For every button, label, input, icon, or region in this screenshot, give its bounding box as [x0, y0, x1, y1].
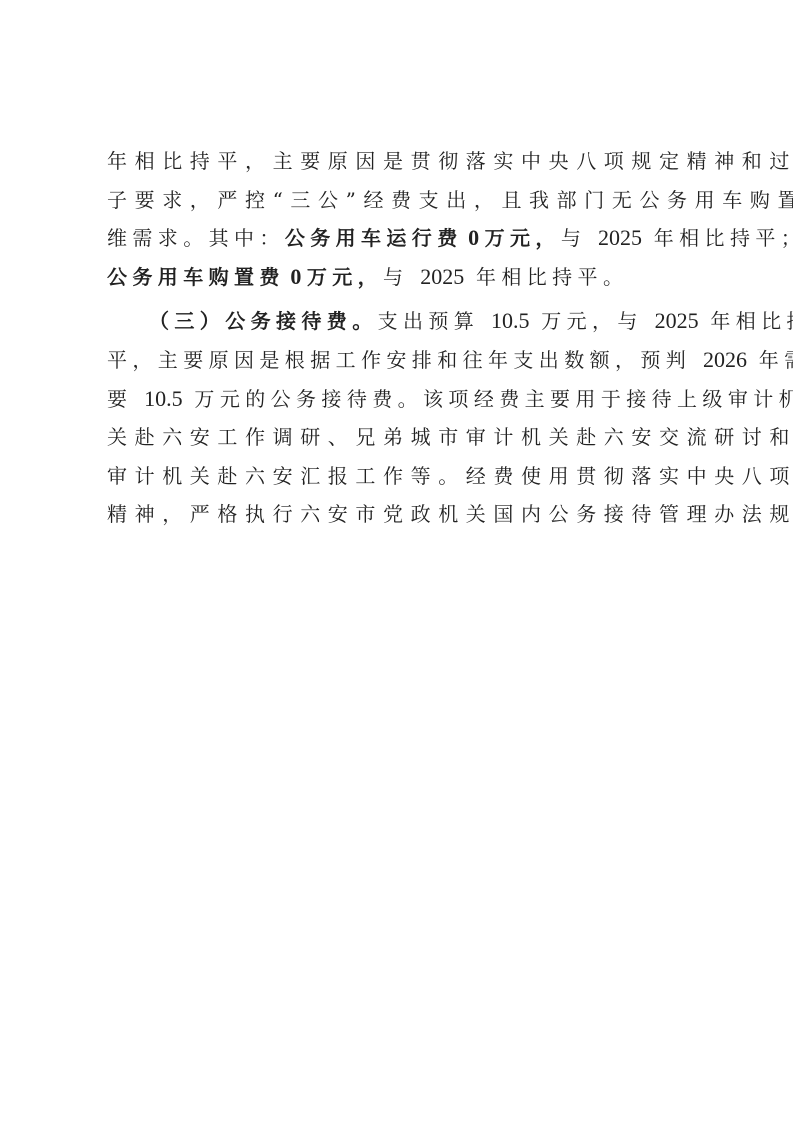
number-text: 2025: [420, 264, 464, 289]
text-run: 年相比持平。: [464, 265, 628, 289]
number-text: 10.5: [491, 308, 530, 333]
text-line: 要 10.5 万元的公务接待费。该项经费主要用于接待上级审计机: [107, 384, 689, 423]
number-text: 2025: [655, 308, 699, 333]
text-line: 公务用车购置费 0 万元，与 2025 年相比持平。: [107, 262, 689, 301]
text-run: 关赴六安工作调研、兄弟城市审计机关赴六安交流研讨和下级: [107, 425, 793, 449]
document-page: 年相比持平，主要原因是贯彻落实中央八项规定精神和过紧日子要求，严控“三公”经费支…: [107, 146, 689, 538]
bold-text: 万元，: [485, 226, 561, 250]
text-run: 年相比持平，主要原因是贯彻落实中央八项规定精神和过紧日: [107, 149, 793, 173]
text-run: 维需求。其中：: [107, 226, 285, 250]
bold-text: 0: [285, 264, 307, 289]
text-run: 精神，严格执行六安市党政机关国内公务接待管理办法规定。: [107, 502, 793, 526]
text-run: 与: [561, 226, 598, 250]
text-line: 子要求，严控“三公”经费支出，且我部门无公务用车购置或运: [107, 185, 689, 224]
text-run: 年需: [747, 348, 793, 372]
text-line: （三）公务接待费。支出预算 10.5 万元，与 2025 年相比持: [107, 306, 689, 345]
paragraph-vehicle-costs: 年相比持平，主要原因是贯彻落实中央八项规定精神和过紧日子要求，严控“三公”经费支…: [107, 146, 689, 300]
number-text: 2026: [703, 347, 747, 372]
bold-text: 0: [463, 225, 485, 250]
text-line: 年相比持平，主要原因是贯彻落实中央八项规定精神和过紧日: [107, 146, 689, 185]
text-run: 年相比持: [699, 309, 793, 333]
number-text: 2025: [598, 225, 642, 250]
text-run: 子要求，严控“三公”经费支出，且我部门无公务用车购置或运: [107, 188, 793, 212]
text-run: 万元，与: [529, 309, 654, 333]
text-line: 维需求。其中：公务用车运行费 0 万元，与 2025 年相比持平；: [107, 223, 689, 262]
text-run: 万元的公务接待费。该项经费主要用于接待上级审计机: [183, 387, 793, 411]
text-run: 支出预算: [378, 309, 491, 333]
bold-text: 公务用车运行费: [285, 226, 463, 250]
text-line: 关赴六安工作调研、兄弟城市审计机关赴六安交流研讨和下级: [107, 422, 689, 461]
bold-text: 公务用车购置费: [107, 265, 285, 289]
text-run: 年相比持平；: [642, 226, 793, 250]
text-run: 要: [107, 387, 144, 411]
text-run: 审计机关赴六安汇报工作等。经费使用贯彻落实中央八项规定: [107, 464, 793, 488]
text-line: 精神，严格执行六安市党政机关国内公务接待管理办法规定。: [107, 499, 689, 538]
text-run: 与: [383, 265, 420, 289]
bold-text: （三）公务接待费。: [149, 309, 378, 333]
text-line: 审计机关赴六安汇报工作等。经费使用贯彻落实中央八项规定: [107, 461, 689, 500]
number-text: 10.5: [144, 386, 183, 411]
bold-text: 万元，: [307, 265, 383, 289]
text-line: 平，主要原因是根据工作安排和往年支出数额，预判 2026 年需: [107, 345, 689, 384]
text-run: 平，主要原因是根据工作安排和往年支出数额，预判: [107, 348, 703, 372]
paragraph-reception-costs: （三）公务接待费。支出预算 10.5 万元，与 2025 年相比持平，主要原因是…: [107, 306, 689, 538]
